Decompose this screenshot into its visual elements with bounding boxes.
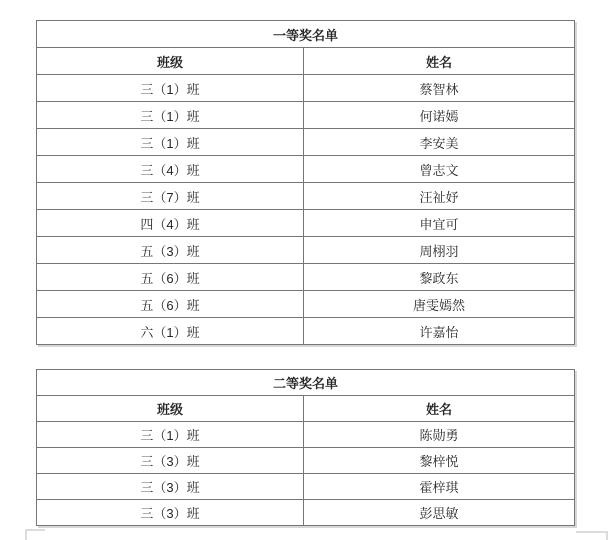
class-cell: 三（1）班 (37, 129, 304, 156)
table-row: 五（6）班 黎政东 (37, 264, 575, 291)
class-cell: 三（1）班 (37, 75, 304, 102)
name-cell: 唐雯嫣然 (304, 291, 575, 318)
table-row: 五（6）班 唐雯嫣然 (37, 291, 575, 318)
table-title: 二等奖名单 (37, 370, 575, 396)
name-cell: 彭思敏 (304, 500, 575, 526)
table-row: 三（3）班 黎梓悦 (37, 448, 575, 474)
name-cell: 黎政东 (304, 264, 575, 291)
name-cell: 曾志文 (304, 156, 575, 183)
name-cell: 霍梓琪 (304, 474, 575, 500)
table-row: 三（7）班 汪祉妤 (37, 183, 575, 210)
table-row: 三（3）班 霍梓琪 (37, 474, 575, 500)
class-cell: 三（7）班 (37, 183, 304, 210)
table-row: 四（4）班 申宜可 (37, 210, 575, 237)
cropped-box-corner-left (25, 529, 45, 540)
table-row: 三（3）班 彭思敏 (37, 500, 575, 526)
class-cell: 六（1）班 (37, 318, 304, 345)
column-header-class: 班级 (37, 396, 304, 422)
class-cell: 三（3）班 (37, 500, 304, 526)
class-cell: 五（3）班 (37, 237, 304, 264)
table-header-row: 班级 姓名 (37, 48, 575, 75)
column-header-name: 姓名 (304, 396, 575, 422)
cropped-box-corner-right (576, 531, 608, 540)
table-row: 三（1）班 陈勋勇 (37, 422, 575, 448)
table-row: 三（4）班 曾志文 (37, 156, 575, 183)
class-cell: 四（4）班 (37, 210, 304, 237)
table-title-row: 二等奖名单 (37, 370, 575, 396)
table-row: 六（1）班 许嘉怡 (37, 318, 575, 345)
name-cell: 何诺嫣 (304, 102, 575, 129)
first-prize-table: 一等奖名单 班级 姓名 三（1）班 蔡智林 三（1）班 何诺嫣 三（1）班 李安… (36, 20, 575, 345)
table-title-row: 一等奖名单 (37, 21, 575, 48)
name-cell: 陈勋勇 (304, 422, 575, 448)
table-row: 三（1）班 何诺嫣 (37, 102, 575, 129)
name-cell: 申宜可 (304, 210, 575, 237)
table-row: 五（3）班 周栩羽 (37, 237, 575, 264)
name-cell: 黎梓悦 (304, 448, 575, 474)
second-prize-table: 二等奖名单 班级 姓名 三（1）班 陈勋勇 三（3）班 黎梓悦 三（3）班 霍梓… (36, 369, 575, 526)
table-header-row: 班级 姓名 (37, 396, 575, 422)
table-title: 一等奖名单 (37, 21, 575, 48)
class-cell: 三（3）班 (37, 448, 304, 474)
class-cell: 三（4）班 (37, 156, 304, 183)
class-cell: 五（6）班 (37, 291, 304, 318)
document-page: 一等奖名单 班级 姓名 三（1）班 蔡智林 三（1）班 何诺嫣 三（1）班 李安… (0, 0, 608, 540)
class-cell: 三（1）班 (37, 422, 304, 448)
column-header-name: 姓名 (304, 48, 575, 75)
name-cell: 李安美 (304, 129, 575, 156)
column-header-class: 班级 (37, 48, 304, 75)
class-cell: 三（3）班 (37, 474, 304, 500)
class-cell: 三（1）班 (37, 102, 304, 129)
class-cell: 五（6）班 (37, 264, 304, 291)
name-cell: 汪祉妤 (304, 183, 575, 210)
name-cell: 蔡智林 (304, 75, 575, 102)
name-cell: 周栩羽 (304, 237, 575, 264)
table-row: 三（1）班 李安美 (37, 129, 575, 156)
table-row: 三（1）班 蔡智林 (37, 75, 575, 102)
name-cell: 许嘉怡 (304, 318, 575, 345)
